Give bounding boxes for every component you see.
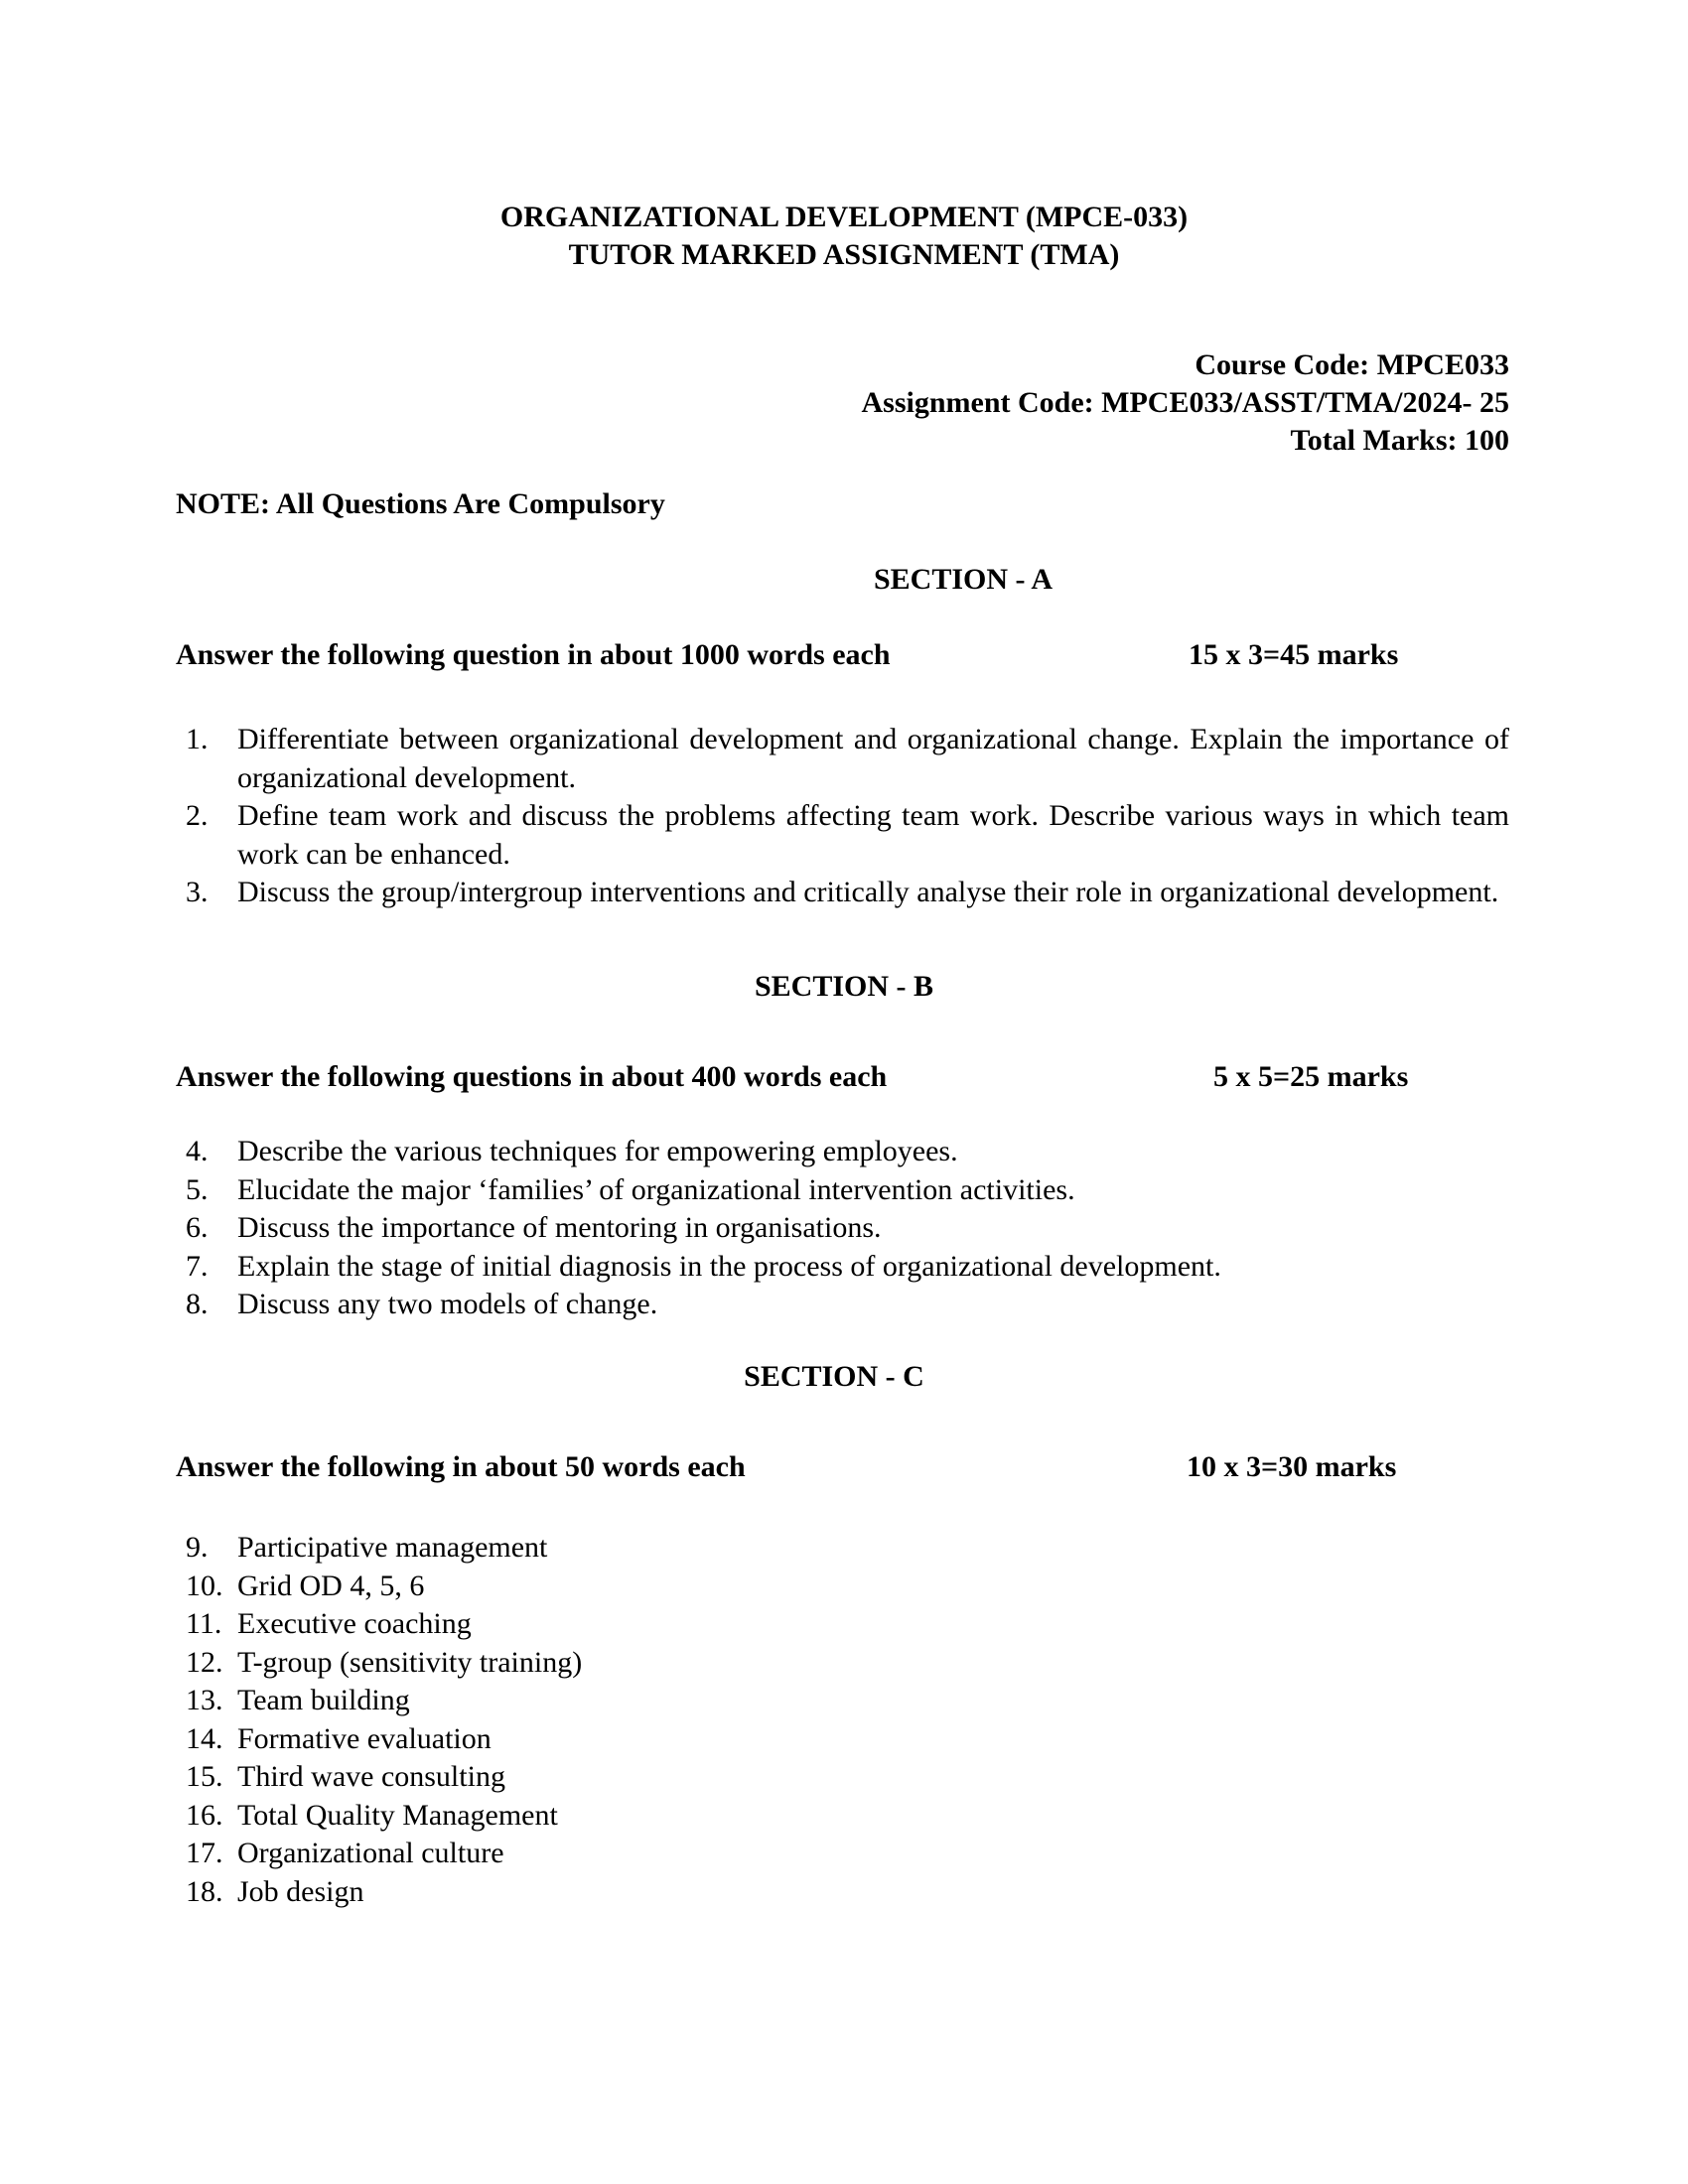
- section-a-heading: SECTION - A: [119, 563, 1688, 597]
- question-text: Organizational culture: [237, 1835, 1509, 1873]
- question-item: 12. T-group (sensitivity training): [176, 1644, 1509, 1683]
- question-item: 8. Discuss any two models of change.: [176, 1286, 1509, 1324]
- question-item: 10. Grid OD 4, 5, 6: [176, 1568, 1509, 1606]
- question-text: T-group (sensitivity training): [237, 1644, 1509, 1683]
- section-c-marks: 10 x 3=30 marks: [1187, 1450, 1396, 1484]
- section-c-instruction: Answer the following in about 50 words e…: [176, 1450, 746, 1484]
- section-c-heading: SECTION - C: [0, 1360, 1678, 1394]
- section-b-questions: 4. Describe the various techniques for e…: [176, 1133, 1509, 1324]
- question-text: Total Quality Management: [237, 1797, 1509, 1836]
- question-text: Elucidate the major ‘families’ of organi…: [237, 1171, 1509, 1210]
- question-number: 4.: [186, 1133, 209, 1171]
- document-title: ORGANIZATIONAL DEVELOPMENT (MPCE-033): [0, 199, 1688, 236]
- question-number: 8.: [186, 1286, 209, 1324]
- question-text: Executive coaching: [237, 1605, 1509, 1644]
- assignment-code: Assignment Code: MPCE033/ASST/TMA/2024- …: [861, 384, 1509, 422]
- question-number: 15.: [186, 1758, 223, 1797]
- section-a-instruction: Answer the following question in about 1…: [176, 638, 891, 672]
- question-number: 18.: [186, 1873, 223, 1912]
- question-item: 3. Discuss the group/intergroup interven…: [176, 874, 1509, 912]
- question-item: 13. Team building: [176, 1682, 1509, 1720]
- course-code: Course Code: MPCE033: [1195, 346, 1509, 384]
- question-number: 14.: [186, 1720, 223, 1759]
- question-item: 17. Organizational culture: [176, 1835, 1509, 1873]
- question-item: 2. Define team work and discuss the prob…: [176, 797, 1509, 874]
- question-text: Discuss any two models of change.: [237, 1286, 1509, 1324]
- question-number: 6.: [186, 1209, 209, 1248]
- question-text: Grid OD 4, 5, 6: [237, 1568, 1509, 1606]
- question-text: Third wave consulting: [237, 1758, 1509, 1797]
- question-number: 16.: [186, 1797, 223, 1836]
- question-text: Job design: [237, 1873, 1509, 1912]
- question-number: 7.: [186, 1248, 209, 1287]
- total-marks: Total Marks: 100: [1290, 422, 1509, 460]
- question-item: 16. Total Quality Management: [176, 1797, 1509, 1836]
- section-b-marks: 5 x 5=25 marks: [1213, 1060, 1408, 1094]
- question-item: 11. Executive coaching: [176, 1605, 1509, 1644]
- question-item: 7. Explain the stage of initial diagnosi…: [176, 1248, 1509, 1287]
- document-subtitle: TUTOR MARKED ASSIGNMENT (TMA): [0, 236, 1688, 274]
- question-number: 10.: [186, 1568, 223, 1606]
- question-item: 5. Elucidate the major ‘families’ of org…: [176, 1171, 1509, 1210]
- document-page: ORGANIZATIONAL DEVELOPMENT (MPCE-033) TU…: [0, 0, 1688, 2184]
- question-item: 14. Formative evaluation: [176, 1720, 1509, 1759]
- section-c-questions: 9. Participative management 10. Grid OD …: [176, 1529, 1509, 1911]
- question-number: 11.: [186, 1605, 221, 1644]
- compulsory-note: NOTE: All Questions Are Compulsory: [176, 487, 665, 521]
- question-number: 13.: [186, 1682, 223, 1720]
- question-text: Discuss the importance of mentoring in o…: [237, 1209, 1509, 1248]
- question-number: 12.: [186, 1644, 223, 1683]
- question-number: 17.: [186, 1835, 223, 1873]
- question-text: Define team work and discuss the problem…: [237, 797, 1509, 874]
- question-number: 1.: [186, 721, 209, 759]
- question-text: Team building: [237, 1682, 1509, 1720]
- question-item: 6. Discuss the importance of mentoring i…: [176, 1209, 1509, 1248]
- question-text: Participative management: [237, 1529, 1509, 1568]
- question-item: 1. Differentiate between organizational …: [176, 721, 1509, 797]
- question-text: Explain the stage of initial diagnosis i…: [237, 1248, 1509, 1287]
- question-text: Discuss the group/intergroup interventio…: [237, 874, 1509, 912]
- question-text: Formative evaluation: [237, 1720, 1509, 1759]
- question-text: Describe the various techniques for empo…: [237, 1133, 1509, 1171]
- question-number: 2.: [186, 797, 209, 836]
- question-text: Differentiate between organizational dev…: [237, 721, 1509, 797]
- question-number: 3.: [186, 874, 209, 912]
- section-b-heading: SECTION - B: [0, 970, 1688, 1004]
- question-item: 9. Participative management: [176, 1529, 1509, 1568]
- question-number: 5.: [186, 1171, 209, 1210]
- question-number: 9.: [186, 1529, 209, 1568]
- section-b-instruction: Answer the following questions in about …: [176, 1060, 887, 1094]
- question-item: 18. Job design: [176, 1873, 1509, 1912]
- section-a-marks: 15 x 3=45 marks: [1189, 638, 1398, 672]
- section-a-questions: 1. Differentiate between organizational …: [176, 721, 1509, 912]
- question-item: 15. Third wave consulting: [176, 1758, 1509, 1797]
- question-item: 4. Describe the various techniques for e…: [176, 1133, 1509, 1171]
